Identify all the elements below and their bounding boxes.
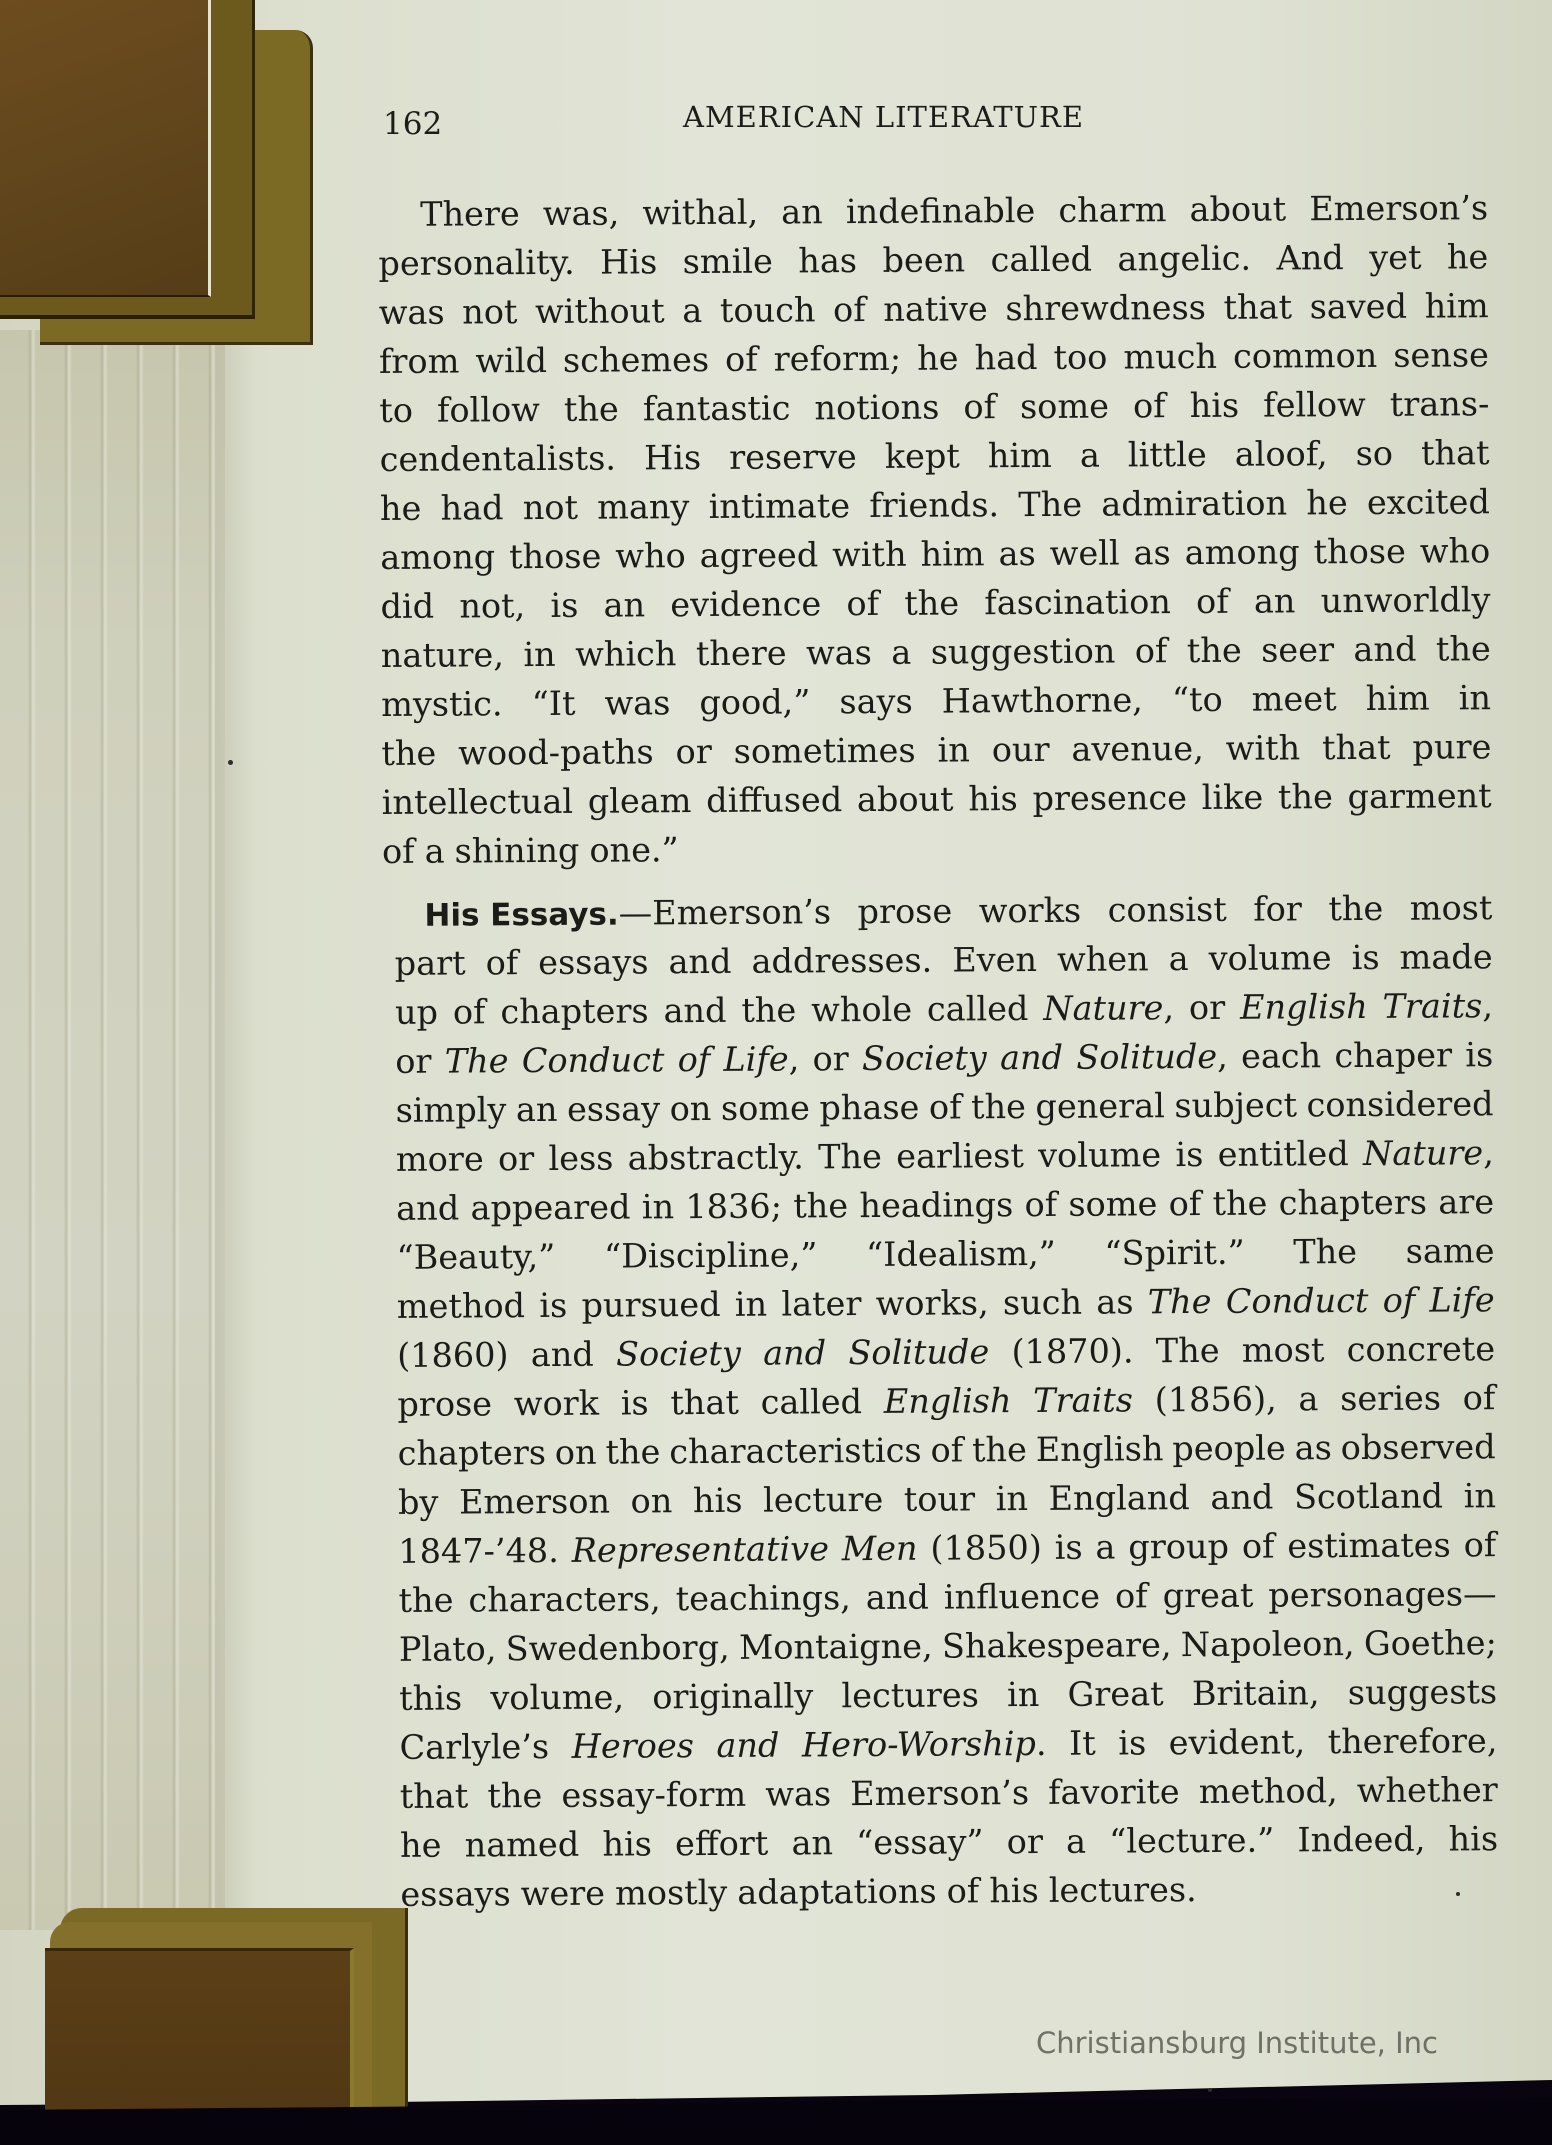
word: originally — [652, 1671, 813, 1721]
word: Hawthorne, — [942, 675, 1143, 725]
word: is — [1465, 1030, 1493, 1079]
word: works — [979, 886, 1082, 936]
word: volume — [1209, 933, 1332, 983]
word: who — [615, 531, 686, 580]
word: His — [600, 237, 657, 286]
word: in — [1464, 1471, 1497, 1520]
word: a — [1080, 431, 1100, 480]
text-line: didnot,isanevidenceofthefascinationofanu… — [380, 575, 1490, 631]
word: The — [1018, 480, 1082, 529]
word: the — [793, 1181, 848, 1230]
word: and — [763, 1328, 826, 1377]
text-line: moreorlessabstractly.Theearliestvolumeis… — [396, 1128, 1494, 1184]
word: not — [462, 287, 518, 336]
word: concrete — [1347, 1324, 1496, 1374]
word: And — [1276, 233, 1344, 282]
word: native — [883, 284, 988, 334]
word: Napoleon, — [1181, 1619, 1355, 1669]
text-line: “Beauty,”“Discipline,”“Idealism,”“Spirit… — [396, 1226, 1494, 1282]
word: observed — [1341, 1422, 1496, 1472]
word: among — [380, 532, 495, 582]
word: and — [1000, 1033, 1063, 1082]
word: less — [548, 1134, 613, 1183]
word: simply — [395, 1085, 506, 1135]
word: on — [555, 1428, 597, 1477]
word: of — [485, 938, 518, 987]
word: seer — [1261, 625, 1334, 674]
word: There — [420, 189, 520, 239]
word: fascination — [984, 577, 1171, 627]
clip-front-layer — [0, 0, 211, 297]
word: and — [1210, 1473, 1273, 1522]
word: is — [1352, 933, 1380, 982]
word: much — [1123, 332, 1217, 382]
word: presence — [1032, 773, 1187, 823]
word: later — [781, 1279, 861, 1328]
word: people — [1172, 1423, 1286, 1473]
word: him — [988, 431, 1052, 480]
paper-speck — [1456, 1892, 1460, 1896]
word: pure — [1412, 722, 1491, 771]
word: intimate — [708, 481, 850, 531]
word: and — [663, 986, 726, 1035]
word: a — [1169, 934, 1189, 983]
text-line: orTheConductofLife,orSocietyandSolitude,… — [395, 1030, 1493, 1086]
word: personality. — [378, 238, 575, 288]
text-line: thewood-pathsorsometimesinouravenue,with… — [381, 722, 1491, 778]
paragraph-his-essays: His Essays.—Emerson’sproseworksconsistfo… — [382, 883, 1498, 1919]
word: appeared — [470, 1182, 630, 1232]
word: essays — [538, 937, 649, 987]
word: among — [1185, 527, 1300, 577]
word: whole — [811, 985, 912, 1035]
word: schemes — [563, 335, 709, 385]
word: wood-paths — [458, 727, 654, 777]
section-heading-word: His Essays.—Emerson’s — [424, 887, 831, 940]
word: that — [1322, 723, 1391, 772]
text-line: partofessaysandaddresses.Evenwhenavolume… — [395, 932, 1493, 988]
word: of — [1024, 1180, 1057, 1229]
word: him — [1365, 674, 1429, 723]
word: It — [1069, 1719, 1096, 1768]
word: diffused — [706, 775, 842, 825]
section-heading: His Essays. — [424, 897, 619, 934]
word: therefore, — [1328, 1716, 1498, 1766]
word: essay — [567, 1084, 660, 1134]
word: work — [514, 1379, 599, 1429]
word: evidence — [670, 579, 821, 629]
word: of — [1133, 381, 1166, 430]
word: or — [675, 727, 711, 776]
word: or — [395, 1037, 431, 1086]
word: about — [857, 774, 954, 824]
word: garment — [1347, 771, 1491, 821]
word: Montaigne, — [739, 1622, 933, 1672]
word: not, — [459, 581, 525, 630]
word: excited — [1367, 477, 1490, 527]
word: of — [725, 335, 758, 384]
word: the — [1212, 1179, 1267, 1228]
word: of — [1242, 1522, 1275, 1571]
word: admiration — [1101, 478, 1287, 528]
word: English — [1240, 982, 1368, 1032]
word: Solitude, — [1076, 1032, 1228, 1082]
word: the — [381, 729, 436, 778]
word: an — [1254, 576, 1296, 625]
word: in — [1007, 1670, 1040, 1719]
word: was — [604, 678, 670, 727]
word: consist — [1108, 885, 1227, 935]
word: nature, — [381, 630, 504, 680]
word: of — [930, 1425, 963, 1474]
word: or — [812, 1034, 848, 1083]
body-text: Therewas,withal,anindefinablecharmaboutE… — [378, 183, 1499, 1919]
word: charm — [1058, 185, 1166, 235]
word: his — [1448, 1814, 1498, 1863]
word: and — [531, 1330, 594, 1379]
text-line: nature,inwhichtherewasasuggestionofthese… — [381, 624, 1491, 680]
word: has — [798, 236, 857, 285]
word: his — [1190, 381, 1240, 430]
word: gleam — [588, 776, 692, 826]
word: some — [1068, 1179, 1157, 1229]
text-line: cendentalists.Hisreservekepthimalittleal… — [379, 428, 1489, 484]
word: and — [866, 1573, 929, 1622]
word: subject — [1174, 1080, 1297, 1130]
word: the — [564, 385, 619, 434]
word: of — [1382, 1276, 1415, 1325]
word: his — [968, 774, 1018, 823]
word: English — [884, 1376, 1012, 1426]
text-line: henamedhiseffortan“essay”ora“lecture.”In… — [400, 1814, 1498, 1870]
word: Traits, — [1382, 981, 1493, 1031]
word: and — [668, 937, 731, 986]
word: an — [791, 1818, 833, 1867]
word: such — [1003, 1278, 1082, 1327]
word: part — [395, 938, 466, 987]
word: which — [575, 629, 677, 679]
word: of — [846, 579, 879, 628]
word: great — [1162, 1571, 1253, 1621]
word: well — [1050, 528, 1120, 577]
stacked-page-edges — [0, 330, 225, 1930]
word: the — [1436, 624, 1491, 673]
word: unworldly — [1321, 575, 1491, 625]
word: favorite — [1048, 1767, 1180, 1817]
word: “Spirit.” — [1104, 1228, 1244, 1278]
word: Scotland — [1294, 1472, 1443, 1522]
word: him — [1424, 281, 1488, 330]
paper-speck — [228, 760, 233, 765]
word: friends. — [869, 480, 999, 530]
word: avenue, — [1071, 724, 1204, 774]
word: Heroes — [572, 1721, 695, 1771]
word: for — [1253, 884, 1302, 933]
word: whether — [1357, 1765, 1498, 1815]
text-line: chaptersonthecharacteristicsoftheEnglish… — [398, 1422, 1496, 1478]
word: in — [523, 630, 556, 679]
word: method — [397, 1281, 526, 1331]
word: touch — [720, 285, 816, 335]
word: of — [382, 827, 415, 876]
word: who — [1420, 526, 1491, 575]
word: the — [605, 1427, 660, 1476]
word: of — [833, 285, 866, 334]
word: Life, — [723, 1034, 799, 1083]
word: (1856), — [1155, 1375, 1277, 1425]
word: shrewdness — [1005, 283, 1206, 333]
word: lectures. — [1049, 1865, 1197, 1915]
word: he — [917, 333, 959, 382]
word: reform; — [774, 334, 902, 384]
word: the — [971, 1082, 1026, 1131]
word: his — [989, 1866, 1039, 1915]
word: Emerson — [459, 1477, 610, 1527]
word: Solitude — [848, 1327, 989, 1377]
text-line: andappearedin1836;theheadingsofsomeofthe… — [396, 1177, 1494, 1233]
word: of — [1169, 1179, 1202, 1228]
word: Emerson’s — [1309, 183, 1488, 233]
word: wild — [475, 336, 547, 385]
word: “It — [532, 679, 576, 728]
text-line: amongthosewhoagreedwithhimaswellasamongt… — [380, 526, 1490, 582]
word: is — [1175, 1130, 1203, 1179]
word: estimates — [1287, 1520, 1451, 1570]
word: so — [1355, 429, 1393, 478]
word: prose — [397, 1379, 492, 1429]
word: with — [832, 530, 907, 579]
word: suggestion — [931, 627, 1116, 677]
word: or — [498, 1134, 534, 1183]
word: The — [1148, 1277, 1212, 1326]
word: teachings, — [676, 1573, 851, 1623]
word: “Discipline,” — [604, 1230, 818, 1280]
word: the — [487, 1771, 542, 1820]
word: addresses. — [751, 936, 932, 986]
word: Society — [862, 1033, 987, 1083]
word: The — [818, 1132, 882, 1181]
word: our — [992, 725, 1050, 774]
word: this — [399, 1674, 462, 1723]
word: effort — [675, 1819, 769, 1869]
word: “essay” — [856, 1817, 984, 1867]
word: common — [1233, 331, 1378, 381]
word: was — [806, 628, 872, 677]
word: works, — [876, 1278, 989, 1328]
word: he — [380, 484, 422, 533]
text-line: intellectualgleamdiffusedabouthispresenc… — [382, 771, 1492, 827]
word: the — [972, 1425, 1027, 1474]
text-line: simplyanessayonsomephaseofthegeneralsubj… — [395, 1079, 1493, 1135]
word: fellow — [1263, 380, 1366, 430]
word: called — [927, 984, 1029, 1034]
word: and — [396, 1184, 459, 1233]
word: Shakespeare, — [942, 1620, 1172, 1670]
word: considered — [1306, 1079, 1493, 1129]
word: is — [539, 1281, 567, 1330]
word: the — [904, 578, 959, 627]
word: most — [1410, 883, 1493, 933]
word: a — [1095, 1523, 1115, 1572]
word: Hero-Worship. — [802, 1719, 1047, 1769]
word: “Idealism,” — [866, 1229, 1056, 1279]
page-number: 162 — [383, 106, 442, 142]
text-line: (1860)andSocietyandSolitude(1870).Themos… — [397, 1324, 1495, 1380]
word: of — [947, 1866, 980, 1915]
word: notions — [814, 383, 939, 433]
word: England — [1048, 1473, 1189, 1523]
word: earliest — [896, 1131, 1024, 1181]
text-line: thattheessay-formwasEmerson’sfavoritemet… — [400, 1765, 1498, 1821]
text-line: thecharacters,teachings,andinfluenceofgr… — [398, 1569, 1496, 1625]
word: influence — [944, 1572, 1100, 1622]
word: The — [1293, 1227, 1357, 1276]
word: Emerson’s — [850, 1768, 1029, 1818]
word: adaptations — [737, 1867, 937, 1917]
word: he — [400, 1821, 442, 1870]
word: the — [741, 985, 796, 1034]
text-line: fromwildschemesofreform;hehadtoomuchcomm… — [379, 330, 1489, 386]
word: Nature, — [1043, 983, 1174, 1033]
word: is — [550, 581, 578, 630]
word: Men — [842, 1524, 918, 1573]
word: characteristics — [669, 1426, 922, 1477]
word: characters, — [468, 1574, 660, 1624]
word: a — [424, 827, 444, 876]
word: kept — [885, 431, 960, 480]
word: (1870). — [1011, 1326, 1133, 1376]
word: a — [1298, 1374, 1318, 1423]
word: the — [1328, 884, 1383, 933]
text-line: personality.Hissmilehasbeencalledangelic… — [378, 232, 1488, 288]
word: of — [677, 1035, 710, 1084]
word: essay-form — [561, 1770, 746, 1820]
word: personages— — [1268, 1569, 1496, 1619]
word: an — [781, 187, 823, 236]
word: more — [396, 1134, 484, 1184]
word: without — [535, 286, 665, 336]
paragraph-emerson-personality: Therewas,withal,anindefinablecharmaboutE… — [378, 183, 1492, 876]
word: 1847-’48. — [398, 1526, 559, 1576]
word: up — [395, 988, 438, 1037]
word: from — [379, 337, 460, 386]
word: headings — [859, 1180, 1013, 1230]
word: abstractly. — [628, 1132, 804, 1182]
word: by — [398, 1478, 439, 1527]
word: Representative — [572, 1524, 830, 1575]
word: tour — [904, 1474, 976, 1523]
word: Goethe; — [1364, 1618, 1497, 1668]
word: same — [1406, 1226, 1495, 1276]
word: little — [1128, 430, 1207, 479]
word: Carlyle’s — [399, 1722, 549, 1772]
running-head: 162 AMERICAN LITERATURE — [383, 100, 1143, 140]
word: prose — [857, 887, 952, 937]
word: “Beauty,” — [396, 1232, 555, 1282]
text-line: ofashiningone.” — [382, 820, 1492, 876]
text-line: mystic.“Itwasgood,”saysHawthorne,“tomeet… — [381, 673, 1491, 729]
word: did — [380, 582, 434, 631]
word: as — [1096, 1277, 1133, 1326]
word: too — [1053, 333, 1107, 382]
word: each — [1241, 1031, 1321, 1080]
text-line: Therewas,withal,anindefinablecharmaboutE… — [378, 183, 1488, 239]
word: that — [1223, 282, 1292, 331]
word: are — [1438, 1177, 1494, 1226]
word: volume — [1038, 1130, 1161, 1180]
word: lecture — [763, 1475, 883, 1525]
word: a — [682, 286, 702, 335]
word: intellectual — [382, 777, 574, 827]
word: entitled — [1218, 1129, 1349, 1179]
word: he — [1447, 232, 1489, 281]
word: as — [1295, 1423, 1332, 1472]
word: evident, — [1169, 1717, 1306, 1767]
word: essays — [400, 1869, 511, 1919]
word: reserve — [729, 432, 857, 482]
word: and — [716, 1721, 779, 1770]
word: fantastic — [643, 383, 791, 433]
word: general — [1035, 1081, 1165, 1131]
word: English — [1036, 1424, 1164, 1474]
word: many — [597, 482, 690, 532]
word: is — [1118, 1718, 1146, 1767]
word: chapters — [398, 1428, 547, 1478]
page-edge-shadow — [215, 300, 255, 1940]
word: of — [963, 382, 996, 431]
word: Society — [616, 1329, 741, 1379]
word: his — [693, 1476, 743, 1525]
text-line: thisvolume,originallylecturesinGreatBrit… — [399, 1667, 1497, 1723]
word: suggests — [1348, 1667, 1498, 1717]
word: shining — [454, 826, 579, 876]
top-corner-clip — [0, 0, 312, 345]
text-line: methodispursuedinlaterworks,suchasTheCon… — [397, 1275, 1495, 1331]
word: mystic. — [381, 679, 503, 729]
word: of — [453, 987, 486, 1036]
word: as — [998, 529, 1035, 578]
word: some — [721, 1083, 810, 1133]
word: in — [996, 1474, 1029, 1523]
word: Traits — [1033, 1375, 1133, 1425]
word: Even — [952, 935, 1037, 985]
text-line: byEmersononhislecturetourinEnglandandSco… — [398, 1471, 1496, 1527]
word: chapters — [500, 986, 649, 1036]
word: is — [621, 1378, 649, 1427]
book-title-header: AMERICAN LITERATURE — [683, 100, 1084, 134]
word: that — [670, 1378, 739, 1427]
word: there — [696, 629, 787, 679]
word: meet — [1252, 674, 1337, 724]
word: chaper — [1334, 1030, 1452, 1080]
word: that — [1421, 428, 1490, 477]
word: Conduct — [1226, 1276, 1369, 1326]
word: the — [1187, 626, 1242, 675]
word: (1860) — [397, 1330, 509, 1380]
word: in — [937, 725, 970, 774]
word: lectures — [841, 1670, 979, 1720]
word: he — [1306, 478, 1348, 527]
word: Swedenborg, — [506, 1623, 730, 1673]
word: “to — [1172, 675, 1223, 724]
word: was, — [543, 189, 620, 238]
word: trans- — [1390, 379, 1490, 429]
word: withal, — [642, 188, 758, 238]
word: with — [1226, 723, 1301, 772]
word: an — [516, 1085, 558, 1134]
word: Indeed, — [1297, 1815, 1425, 1865]
word: Great — [1067, 1669, 1163, 1719]
